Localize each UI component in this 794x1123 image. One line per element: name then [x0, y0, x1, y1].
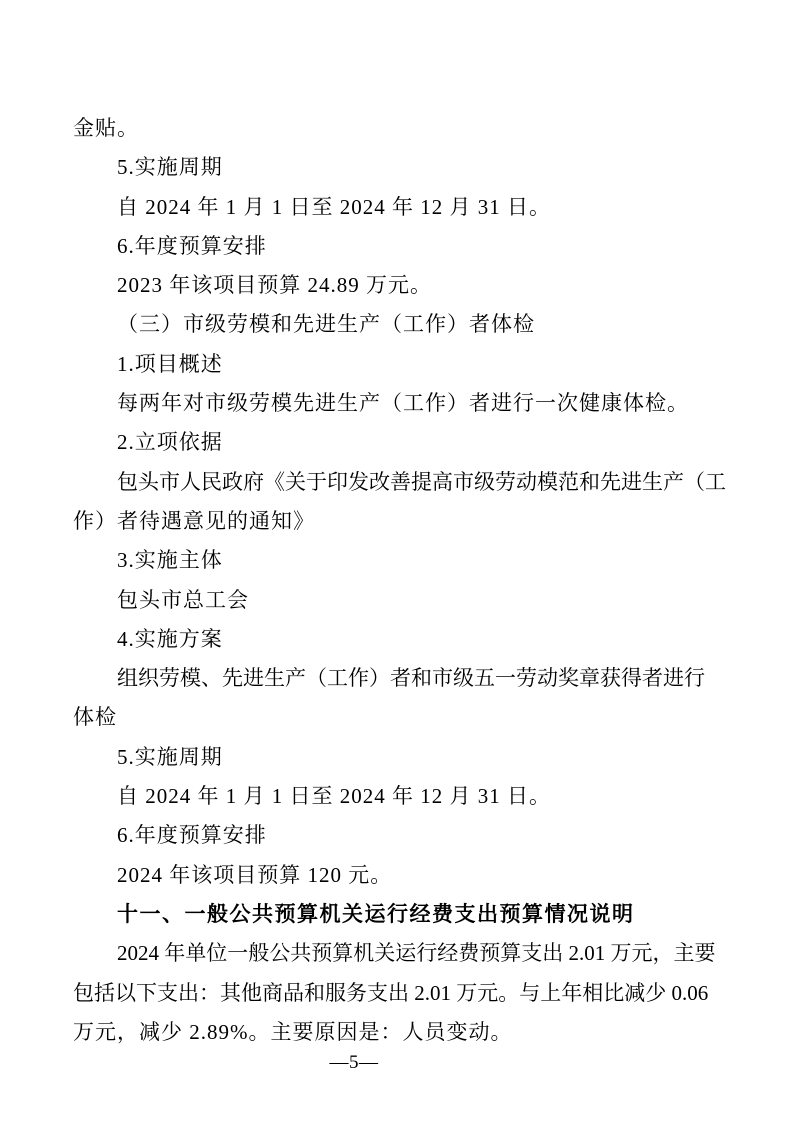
text-line: 包头市总工会 — [73, 581, 723, 620]
text-line: 金贴。 — [73, 109, 723, 148]
text-line: 万元，减少 2.89%。主要原因是：人员变动。 — [73, 1013, 723, 1052]
page-content: 金贴。 5.实施周期 自 2024 年 1 月 1 日至 2024 年 12 月… — [73, 109, 723, 1052]
text-line: 作）者待遇意见的通知》 — [73, 502, 723, 541]
text-line: 5.实施周期 — [73, 148, 723, 187]
text-line: 6.年度预算安排 — [73, 227, 723, 266]
text-line: 包括以下支出：其他商品和服务支出 2.01 万元。与上年相比减少 0.06 — [73, 974, 723, 1013]
document-page: 金贴。 5.实施周期 自 2024 年 1 月 1 日至 2024 年 12 月… — [0, 0, 794, 1123]
subsection-title: （三）市级劳模和先进生产（工作）者体检 — [73, 305, 723, 344]
text-line: 体检 — [73, 698, 723, 737]
page-number: —5— — [330, 1051, 379, 1075]
text-line: 1.项目概述 — [73, 345, 723, 384]
text-line: 自 2024 年 1 月 1 日至 2024 年 12 月 31 日。 — [73, 188, 723, 227]
text-line: 4.实施方案 — [73, 620, 723, 659]
section-heading: 十一、一般公共预算机关运行经费支出预算情况说明 — [73, 895, 723, 934]
text-line: 每两年对市级劳模先进生产（工作）者进行一次健康体检。 — [73, 384, 723, 423]
text-line: 2.立项依据 — [73, 423, 723, 462]
text-line: 包头市人民政府《关于印发改善提高市级劳动模范和先进生产（工 — [73, 463, 723, 502]
text-line: 5.实施周期 — [73, 738, 723, 777]
text-line: 2024 年单位一般公共预算机关运行经费预算支出 2.01 万元，主要 — [73, 934, 723, 973]
text-line: 6.年度预算安排 — [73, 816, 723, 855]
text-line: 2023 年该项目预算 24.89 万元。 — [73, 266, 723, 305]
text-line: 自 2024 年 1 月 1 日至 2024 年 12 月 31 日。 — [73, 777, 723, 816]
text-line: 2024 年该项目预算 120 元。 — [73, 856, 723, 895]
text-line: 组织劳模、先进生产（工作）者和市级五一劳动奖章获得者进行 — [73, 659, 723, 698]
text-line: 3.实施主体 — [73, 541, 723, 580]
